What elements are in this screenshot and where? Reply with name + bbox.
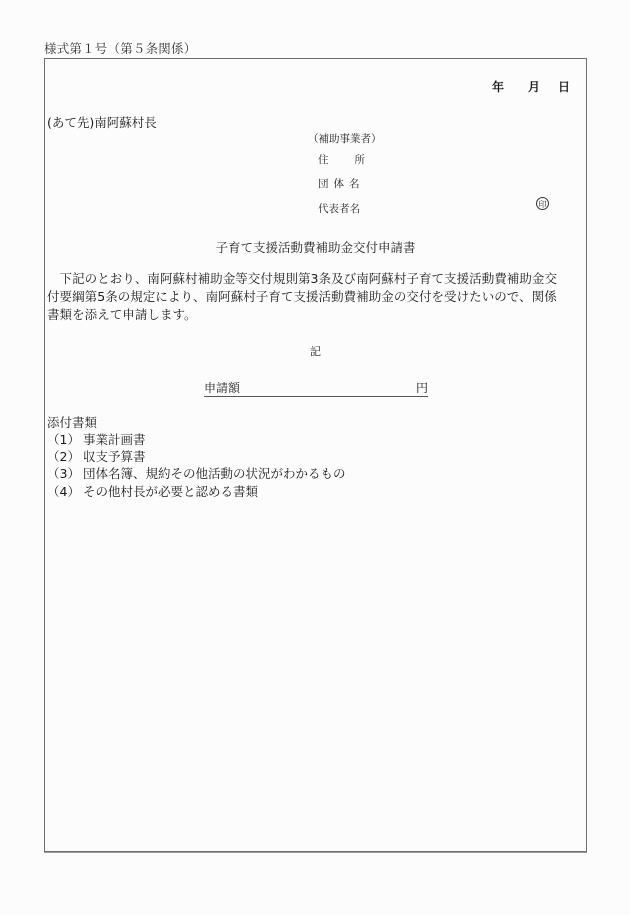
attachment-number: （1） bbox=[47, 430, 83, 448]
attachment-text: 収支予算書 bbox=[83, 449, 146, 464]
address-label-part-2: 所 bbox=[355, 154, 366, 166]
seal-icon: 印 bbox=[536, 197, 549, 210]
document-title: 子育て支援活動費補助金交付申請書 bbox=[44, 238, 587, 256]
attachment-number: （4） bbox=[47, 482, 83, 500]
body-line-3: 書類を添えて申請します。 bbox=[47, 305, 197, 323]
date-month-label: 月 bbox=[528, 78, 540, 95]
date-day-label: 日 bbox=[558, 78, 570, 95]
attachment-item: （2）収支予算書 bbox=[47, 447, 146, 465]
body-line-1: 下記のとおり、南阿蘇村補助金等交付規則第3条及び南阿蘇村子育て支援活動費補助金交 bbox=[47, 269, 557, 287]
representative-label: 代表者名 bbox=[318, 201, 360, 216]
attachment-number: （3） bbox=[47, 464, 83, 482]
amount-unit: 円 bbox=[416, 379, 428, 396]
form-number: 様式第１号（第５条関係） bbox=[44, 39, 196, 57]
attachments-title: 添付書類 bbox=[47, 413, 97, 431]
attachment-item: （3）団体名簿、規約その他活動の状況がわかるもの bbox=[47, 464, 346, 482]
note-mark: 記 bbox=[44, 343, 587, 359]
attachment-item: （4）その他村長が必要と認める書類 bbox=[47, 482, 258, 500]
recipient: (あて先)南阿蘇村長 bbox=[47, 113, 157, 131]
amount-label: 申請額 bbox=[204, 379, 240, 396]
application-amount-field[interactable]: 申請額 円 bbox=[204, 379, 428, 397]
attachment-text: 事業計画書 bbox=[83, 432, 146, 447]
organization-label: 団体名 bbox=[318, 176, 365, 191]
date-year-label: 年 bbox=[492, 78, 504, 95]
attachment-item: （1）事業計画書 bbox=[47, 430, 146, 448]
attachment-text: その他村長が必要と認める書類 bbox=[83, 484, 258, 499]
attachment-text: 団体名簿、規約その他活動の状況がわかるもの bbox=[83, 466, 346, 481]
body-line-2: 付要綱第5条の規定により、南阿蘇村子育て支援活動費補助金の交付を受けたいので、関… bbox=[47, 287, 557, 305]
address-label-part-1: 住 bbox=[318, 154, 329, 166]
attachment-number: （2） bbox=[47, 447, 83, 465]
applicant-heading: （補助事業者） bbox=[308, 131, 382, 146]
address-label: 住所 bbox=[318, 152, 365, 167]
